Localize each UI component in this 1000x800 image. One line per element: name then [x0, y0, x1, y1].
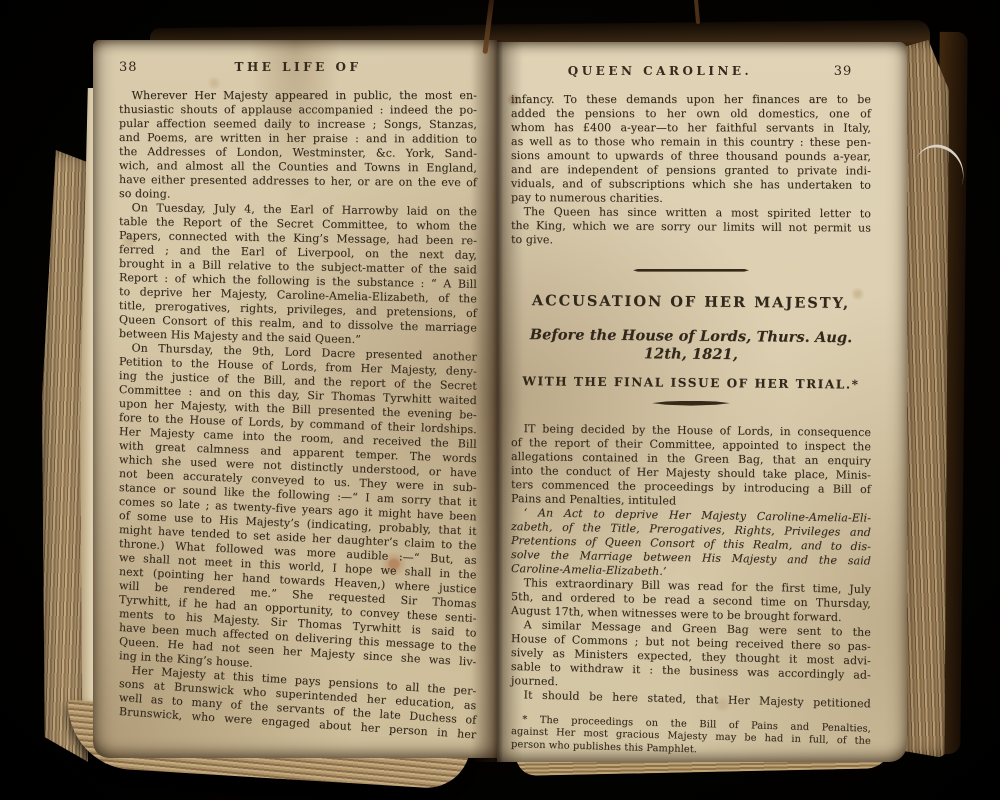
- paragraph: This extraordinary Bill was read for the…: [511, 576, 871, 618]
- text-line: infancy. To these demands upon her finan…: [511, 93, 871, 107]
- page-number-right: 39: [815, 64, 871, 79]
- text-line: whom has £400 a-year—to her faithful ser…: [511, 121, 871, 136]
- footnote: * The proceedings on the Bill of Pains a…: [511, 714, 871, 752]
- paragraph: A similar Message and Green Bag were sen…: [511, 618, 871, 688]
- left-page: 38 THE LIFE OF Wherever Her Majesty appe…: [93, 40, 497, 758]
- text-line: thusiastic shouts of applause accompanie…: [119, 103, 477, 118]
- paragraph: infancy. To these demands upon her finan…: [511, 93, 871, 205]
- text-line: added the pensions to her own old domest…: [511, 107, 871, 121]
- paragraph: On Tuesday, July 4, the Earl of Harrowby…: [119, 201, 477, 341]
- page-number-left: 38: [119, 60, 149, 75]
- text-line: to give.: [511, 233, 871, 250]
- section-divider-rule: [633, 269, 749, 272]
- paragraph: The Queen has since written a most spiri…: [511, 205, 871, 247]
- swelled-rule-divider: [652, 401, 730, 406]
- right-page: QUEEN CAROLINE. 39 infancy. To these dem…: [497, 42, 907, 762]
- text-line: and Poems, are written in her praise : a…: [119, 131, 477, 147]
- paragraph: IT being decided by the House of Lords, …: [511, 422, 871, 506]
- right-page-header: QUEEN CAROLINE. 39: [511, 64, 871, 79]
- text-line: pular affection seemed daily to increase…: [119, 117, 477, 132]
- binding-cord: [694, 0, 700, 24]
- section-date-line: Before the House of Lords, Thurs. Aug. 1…: [511, 326, 871, 365]
- left-page-header: 38 THE LIFE OF: [119, 60, 477, 75]
- paragraph: On Thursday, the 9th, Lord Dacre present…: [119, 341, 477, 663]
- text-line: as well as to those who remain in this c…: [511, 135, 871, 150]
- paragraph: Wherever Her Majesty appeared in public,…: [119, 89, 477, 201]
- section-heading: ACCUSATION OF HER MAJESTY,: [511, 292, 871, 313]
- text-line: Wherever Her Majesty appeared in public,…: [119, 89, 477, 103]
- photo-scene: 38 THE LIFE OF Wherever Her Majesty appe…: [0, 0, 1000, 800]
- running-title-left: THE LIFE OF: [149, 60, 447, 74]
- running-title-right: QUEEN CAROLINE.: [523, 64, 797, 78]
- text-line: and are independent of pensions granted …: [511, 163, 871, 178]
- section-trial-line: WITH THE FINAL ISSUE OF HER TRIAL.*: [511, 374, 871, 393]
- act-quotation: ‘ An Act to deprive Her Majesty Caroline…: [511, 506, 871, 576]
- text-line: sions amount to upwards of three thousan…: [511, 149, 871, 164]
